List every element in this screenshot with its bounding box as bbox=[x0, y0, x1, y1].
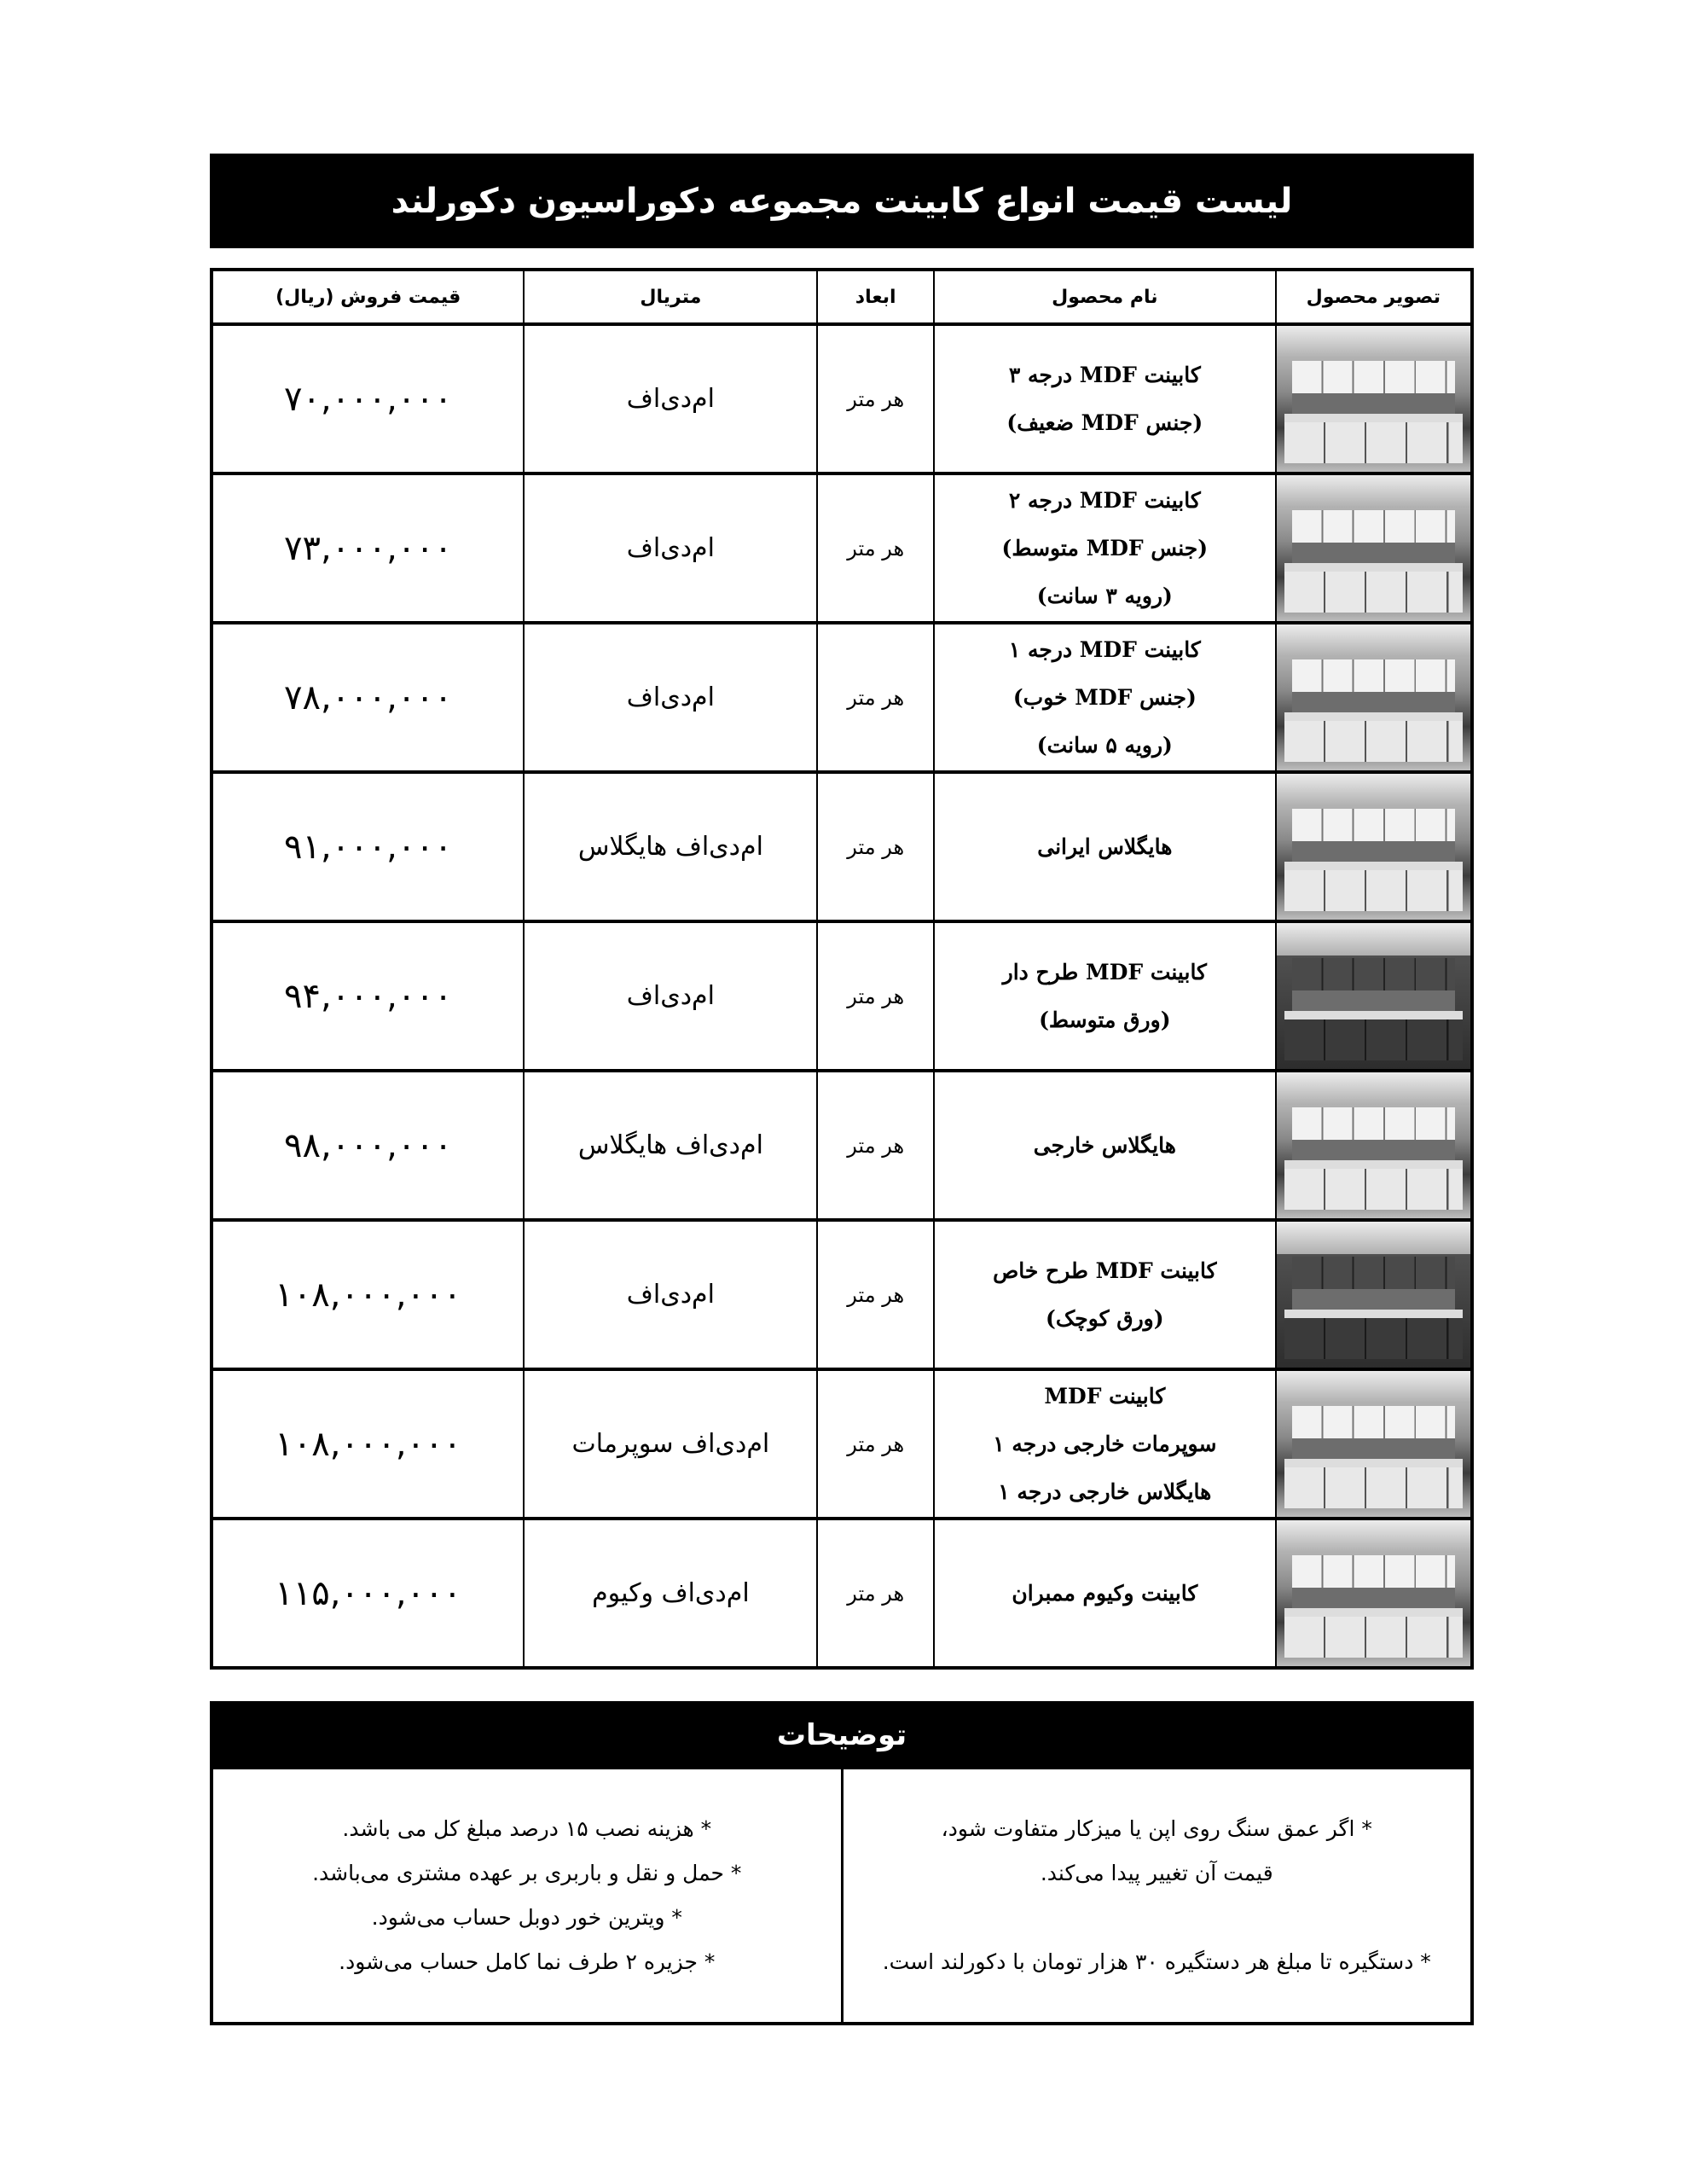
material-cell: ام‌دی‌اف bbox=[524, 473, 817, 623]
photo-lower bbox=[1284, 1467, 1463, 1508]
dimensions-cell: هر متر bbox=[817, 921, 934, 1071]
product-name-cell: کابینت MDF طرح دار(ورق متوسط) bbox=[934, 921, 1276, 1071]
product-name-line: کابینت MDF درجه ۳ bbox=[935, 351, 1275, 399]
product-name-cell: کابینت MDF طرح خاص(ورق کوچک) bbox=[934, 1220, 1276, 1369]
note-line: * جزیره ۲ طرف نما کامل حساب می‌شود. bbox=[339, 1940, 715, 1984]
note-line: * ویترین خور دوبل حساب می‌شود. bbox=[372, 1896, 682, 1940]
header-material: متریال bbox=[524, 270, 817, 324]
product-name-line: (جنس MDF متوسط) bbox=[935, 525, 1275, 572]
dimensions-cell: هر متر bbox=[817, 1369, 934, 1519]
product-name-line: هایگلاس خارجی درجه ۱ bbox=[935, 1468, 1275, 1516]
product-name-line: (رویه ۵ سانت) bbox=[935, 722, 1275, 770]
note-line: * حمل و نقل و باربری بر عهده مشتری می‌با… bbox=[312, 1851, 741, 1896]
price-cell: ۹۸,۰۰۰,۰۰۰ bbox=[212, 1071, 524, 1220]
kitchen-photo-image bbox=[1277, 923, 1470, 1069]
table-row: هایگلاس ایرانیهر مترام‌دی‌اف هایگلاس۹۱,۰… bbox=[212, 772, 1472, 921]
product-image-cell bbox=[1276, 1369, 1472, 1519]
dimensions-cell: هر متر bbox=[817, 473, 934, 623]
photo-splash bbox=[1292, 692, 1455, 712]
product-image-cell bbox=[1276, 1220, 1472, 1369]
price-cell: ۱۰۸,۰۰۰,۰۰۰ bbox=[212, 1369, 524, 1519]
notes-title: توضیحات bbox=[210, 1701, 1474, 1769]
product-name-cell: کابینت MDF درجه ۱(جنس MDF خوب)(رویه ۵ سا… bbox=[934, 623, 1276, 772]
photo-splash bbox=[1292, 1588, 1455, 1608]
product-name-line: (ورق متوسط) bbox=[935, 996, 1275, 1044]
notes-right-column: * اگر عمق سنگ روی اپن یا میزکار متفاوت ش… bbox=[841, 1769, 1471, 2022]
product-image-cell bbox=[1276, 473, 1472, 623]
dimensions-cell: هر متر bbox=[817, 1220, 934, 1369]
photo-splash bbox=[1292, 393, 1455, 414]
photo-ceiling bbox=[1277, 624, 1470, 657]
price-cell: ۹۴,۰۰۰,۰۰۰ bbox=[212, 921, 524, 1071]
dimensions-cell: هر متر bbox=[817, 324, 934, 473]
product-name-line: سوپرمات خارجی درجه ۱ bbox=[935, 1420, 1275, 1468]
product-name-line: (جنس MDF خوب) bbox=[935, 674, 1275, 722]
product-name-line: (رویه ۳ سانت) bbox=[935, 572, 1275, 620]
photo-upper bbox=[1292, 809, 1455, 841]
photo-splash bbox=[1292, 1438, 1455, 1459]
photo-counter bbox=[1284, 414, 1463, 422]
photo-ceiling bbox=[1277, 326, 1470, 358]
product-name-line: کابینت MDF درجه ۲ bbox=[935, 477, 1275, 525]
product-name-line: کابینت MDF طرح دار bbox=[935, 949, 1275, 996]
product-name-cell: کابینت MDF درجه ۲(جنس MDF متوسط)(رویه ۳ … bbox=[934, 473, 1276, 623]
photo-lower bbox=[1284, 1318, 1463, 1359]
notes-left-column: * هزینه نصب ۱۵ درصد مبلغ کل می باشد.* حم… bbox=[213, 1769, 841, 2022]
table-row: کابینت وکیوم ممبرانهر مترام‌دی‌اف وکیوم۱… bbox=[212, 1519, 1472, 1668]
price-cell: ۷۰,۰۰۰,۰۰۰ bbox=[212, 324, 524, 473]
product-image-cell bbox=[1276, 1519, 1472, 1668]
photo-counter bbox=[1284, 1011, 1463, 1019]
material-cell: ام‌دی‌اف bbox=[524, 324, 817, 473]
photo-counter bbox=[1284, 563, 1463, 572]
product-image-cell bbox=[1276, 1071, 1472, 1220]
header-dimensions: ابعاد bbox=[817, 270, 934, 324]
photo-ceiling bbox=[1277, 1371, 1470, 1403]
table-row: کابینت MDF درجه ۱(جنس MDF خوب)(رویه ۵ سا… bbox=[212, 623, 1472, 772]
note-line: * دستگیره تا مبلغ هر دستگیره ۳۰ هزار توم… bbox=[883, 1940, 1431, 1984]
photo-ceiling bbox=[1277, 774, 1470, 806]
notes-box: * اگر عمق سنگ روی اپن یا میزکار متفاوت ش… bbox=[210, 1769, 1474, 2025]
photo-ceiling bbox=[1277, 1072, 1470, 1105]
photo-ceiling bbox=[1277, 1520, 1470, 1553]
product-image-cell bbox=[1276, 324, 1472, 473]
product-name-cell: کابینت MDF درجه ۳(جنس MDF ضعیف) bbox=[934, 324, 1276, 473]
kitchen-photo-image bbox=[1277, 1222, 1470, 1368]
material-cell: ام‌دی‌اف وکیوم bbox=[524, 1519, 817, 1668]
price-cell: ۷۳,۰۰۰,۰۰۰ bbox=[212, 473, 524, 623]
photo-counter bbox=[1284, 712, 1463, 721]
kitchen-photo-image bbox=[1277, 1072, 1470, 1218]
table-row: کابینت MDF درجه ۳(جنس MDF ضعیف)هر مترام‌… bbox=[212, 324, 1472, 473]
kitchen-photo-image bbox=[1277, 475, 1470, 621]
header-image: تصویر محصول bbox=[1276, 270, 1472, 324]
table-row: هایگلاس خارجیهر مترام‌دی‌اف هایگلاس۹۸,۰۰… bbox=[212, 1071, 1472, 1220]
photo-lower bbox=[1284, 1169, 1463, 1210]
material-cell: ام‌دی‌اف سوپرمات bbox=[524, 1369, 817, 1519]
photo-counter bbox=[1284, 862, 1463, 870]
photo-splash bbox=[1292, 990, 1455, 1011]
product-name-line: هایگلاس ایرانی bbox=[935, 823, 1275, 871]
photo-counter bbox=[1284, 1608, 1463, 1617]
product-name-line: هایگلاس خارجی bbox=[935, 1122, 1275, 1170]
photo-splash bbox=[1292, 543, 1455, 563]
product-name-line: کابینت MDF درجه ۱ bbox=[935, 626, 1275, 674]
material-cell: ام‌دی‌اف bbox=[524, 1220, 817, 1369]
product-name-cell: هایگلاس خارجی bbox=[934, 1071, 1276, 1220]
photo-counter bbox=[1284, 1459, 1463, 1467]
photo-upper bbox=[1292, 1555, 1455, 1588]
product-image-cell bbox=[1276, 772, 1472, 921]
price-table: تصویر محصول نام محصول ابعاد متریال قیمت … bbox=[210, 268, 1474, 1670]
photo-counter bbox=[1284, 1310, 1463, 1318]
header-name: نام محصول bbox=[934, 270, 1276, 324]
material-cell: ام‌دی‌اف bbox=[524, 623, 817, 772]
product-name-line: کابینت MDF bbox=[935, 1373, 1275, 1420]
dimensions-cell: هر متر bbox=[817, 1519, 934, 1668]
photo-splash bbox=[1292, 841, 1455, 862]
photo-lower bbox=[1284, 870, 1463, 911]
kitchen-photo-image bbox=[1277, 624, 1470, 770]
product-image-cell bbox=[1276, 921, 1472, 1071]
material-cell: ام‌دی‌اف هایگلاس bbox=[524, 1071, 817, 1220]
table-row: کابینت MDFسوپرمات خارجی درجه ۱هایگلاس خا… bbox=[212, 1369, 1472, 1519]
header-price: قیمت فروش (ریال) bbox=[212, 270, 524, 324]
photo-ceiling bbox=[1277, 1222, 1470, 1254]
photo-upper bbox=[1292, 659, 1455, 692]
note-line: * هزینه نصب ۱۵ درصد مبلغ کل می باشد. bbox=[342, 1807, 711, 1851]
product-name-line: (جنس MDF ضعیف) bbox=[935, 399, 1275, 447]
photo-counter bbox=[1284, 1160, 1463, 1169]
photo-upper bbox=[1292, 510, 1455, 543]
kitchen-photo-image bbox=[1277, 774, 1470, 920]
photo-upper bbox=[1292, 361, 1455, 393]
table-row: کابینت MDF درجه ۲(جنس MDF متوسط)(رویه ۳ … bbox=[212, 473, 1472, 623]
price-cell: ۱۱۵,۰۰۰,۰۰۰ bbox=[212, 1519, 524, 1668]
product-name-line: (ورق کوچک) bbox=[935, 1295, 1275, 1343]
dimensions-cell: هر متر bbox=[817, 772, 934, 921]
photo-lower bbox=[1284, 572, 1463, 613]
photo-upper bbox=[1292, 1406, 1455, 1438]
photo-upper bbox=[1292, 1107, 1455, 1140]
kitchen-photo-image bbox=[1277, 326, 1470, 472]
photo-lower bbox=[1284, 1617, 1463, 1658]
dimensions-cell: هر متر bbox=[817, 1071, 934, 1220]
photo-ceiling bbox=[1277, 923, 1470, 955]
price-cell: ۱۰۸,۰۰۰,۰۰۰ bbox=[212, 1220, 524, 1369]
document-title: لیست قیمت انواع کابینت مجموعه دکوراسیون … bbox=[210, 154, 1474, 248]
product-image-cell bbox=[1276, 623, 1472, 772]
photo-upper bbox=[1292, 958, 1455, 990]
product-name-cell: کابینت MDFسوپرمات خارجی درجه ۱هایگلاس خا… bbox=[934, 1369, 1276, 1519]
photo-splash bbox=[1292, 1289, 1455, 1310]
photo-splash bbox=[1292, 1140, 1455, 1160]
kitchen-photo-image bbox=[1277, 1520, 1470, 1666]
kitchen-photo-image bbox=[1277, 1371, 1470, 1517]
price-cell: ۹۱,۰۰۰,۰۰۰ bbox=[212, 772, 524, 921]
price-cell: ۷۸,۰۰۰,۰۰۰ bbox=[212, 623, 524, 772]
photo-ceiling bbox=[1277, 475, 1470, 508]
table-header-row: تصویر محصول نام محصول ابعاد متریال قیمت … bbox=[212, 270, 1472, 324]
product-name-cell: کابینت وکیوم ممبران bbox=[934, 1519, 1276, 1668]
note-line: قیمت آن تغییر پیدا می‌کند. bbox=[1041, 1851, 1273, 1896]
dimensions-cell: هر متر bbox=[817, 623, 934, 772]
material-cell: ام‌دی‌اف هایگلاس bbox=[524, 772, 817, 921]
product-name-line: کابینت MDF طرح خاص bbox=[935, 1247, 1275, 1295]
photo-lower bbox=[1284, 721, 1463, 762]
product-name-line: کابینت وکیوم ممبران bbox=[935, 1570, 1275, 1618]
product-name-cell: هایگلاس ایرانی bbox=[934, 772, 1276, 921]
table-body: کابینت MDF درجه ۳(جنس MDF ضعیف)هر مترام‌… bbox=[212, 324, 1472, 1668]
photo-lower bbox=[1284, 422, 1463, 463]
table-row: کابینت MDF طرح دار(ورق متوسط)هر مترام‌دی… bbox=[212, 921, 1472, 1071]
table-row: کابینت MDF طرح خاص(ورق کوچک)هر مترام‌دی‌… bbox=[212, 1220, 1472, 1369]
photo-upper bbox=[1292, 1257, 1455, 1289]
material-cell: ام‌دی‌اف bbox=[524, 921, 817, 1071]
photo-lower bbox=[1284, 1019, 1463, 1060]
note-line: * اگر عمق سنگ روی اپن یا میزکار متفاوت ش… bbox=[942, 1807, 1372, 1851]
